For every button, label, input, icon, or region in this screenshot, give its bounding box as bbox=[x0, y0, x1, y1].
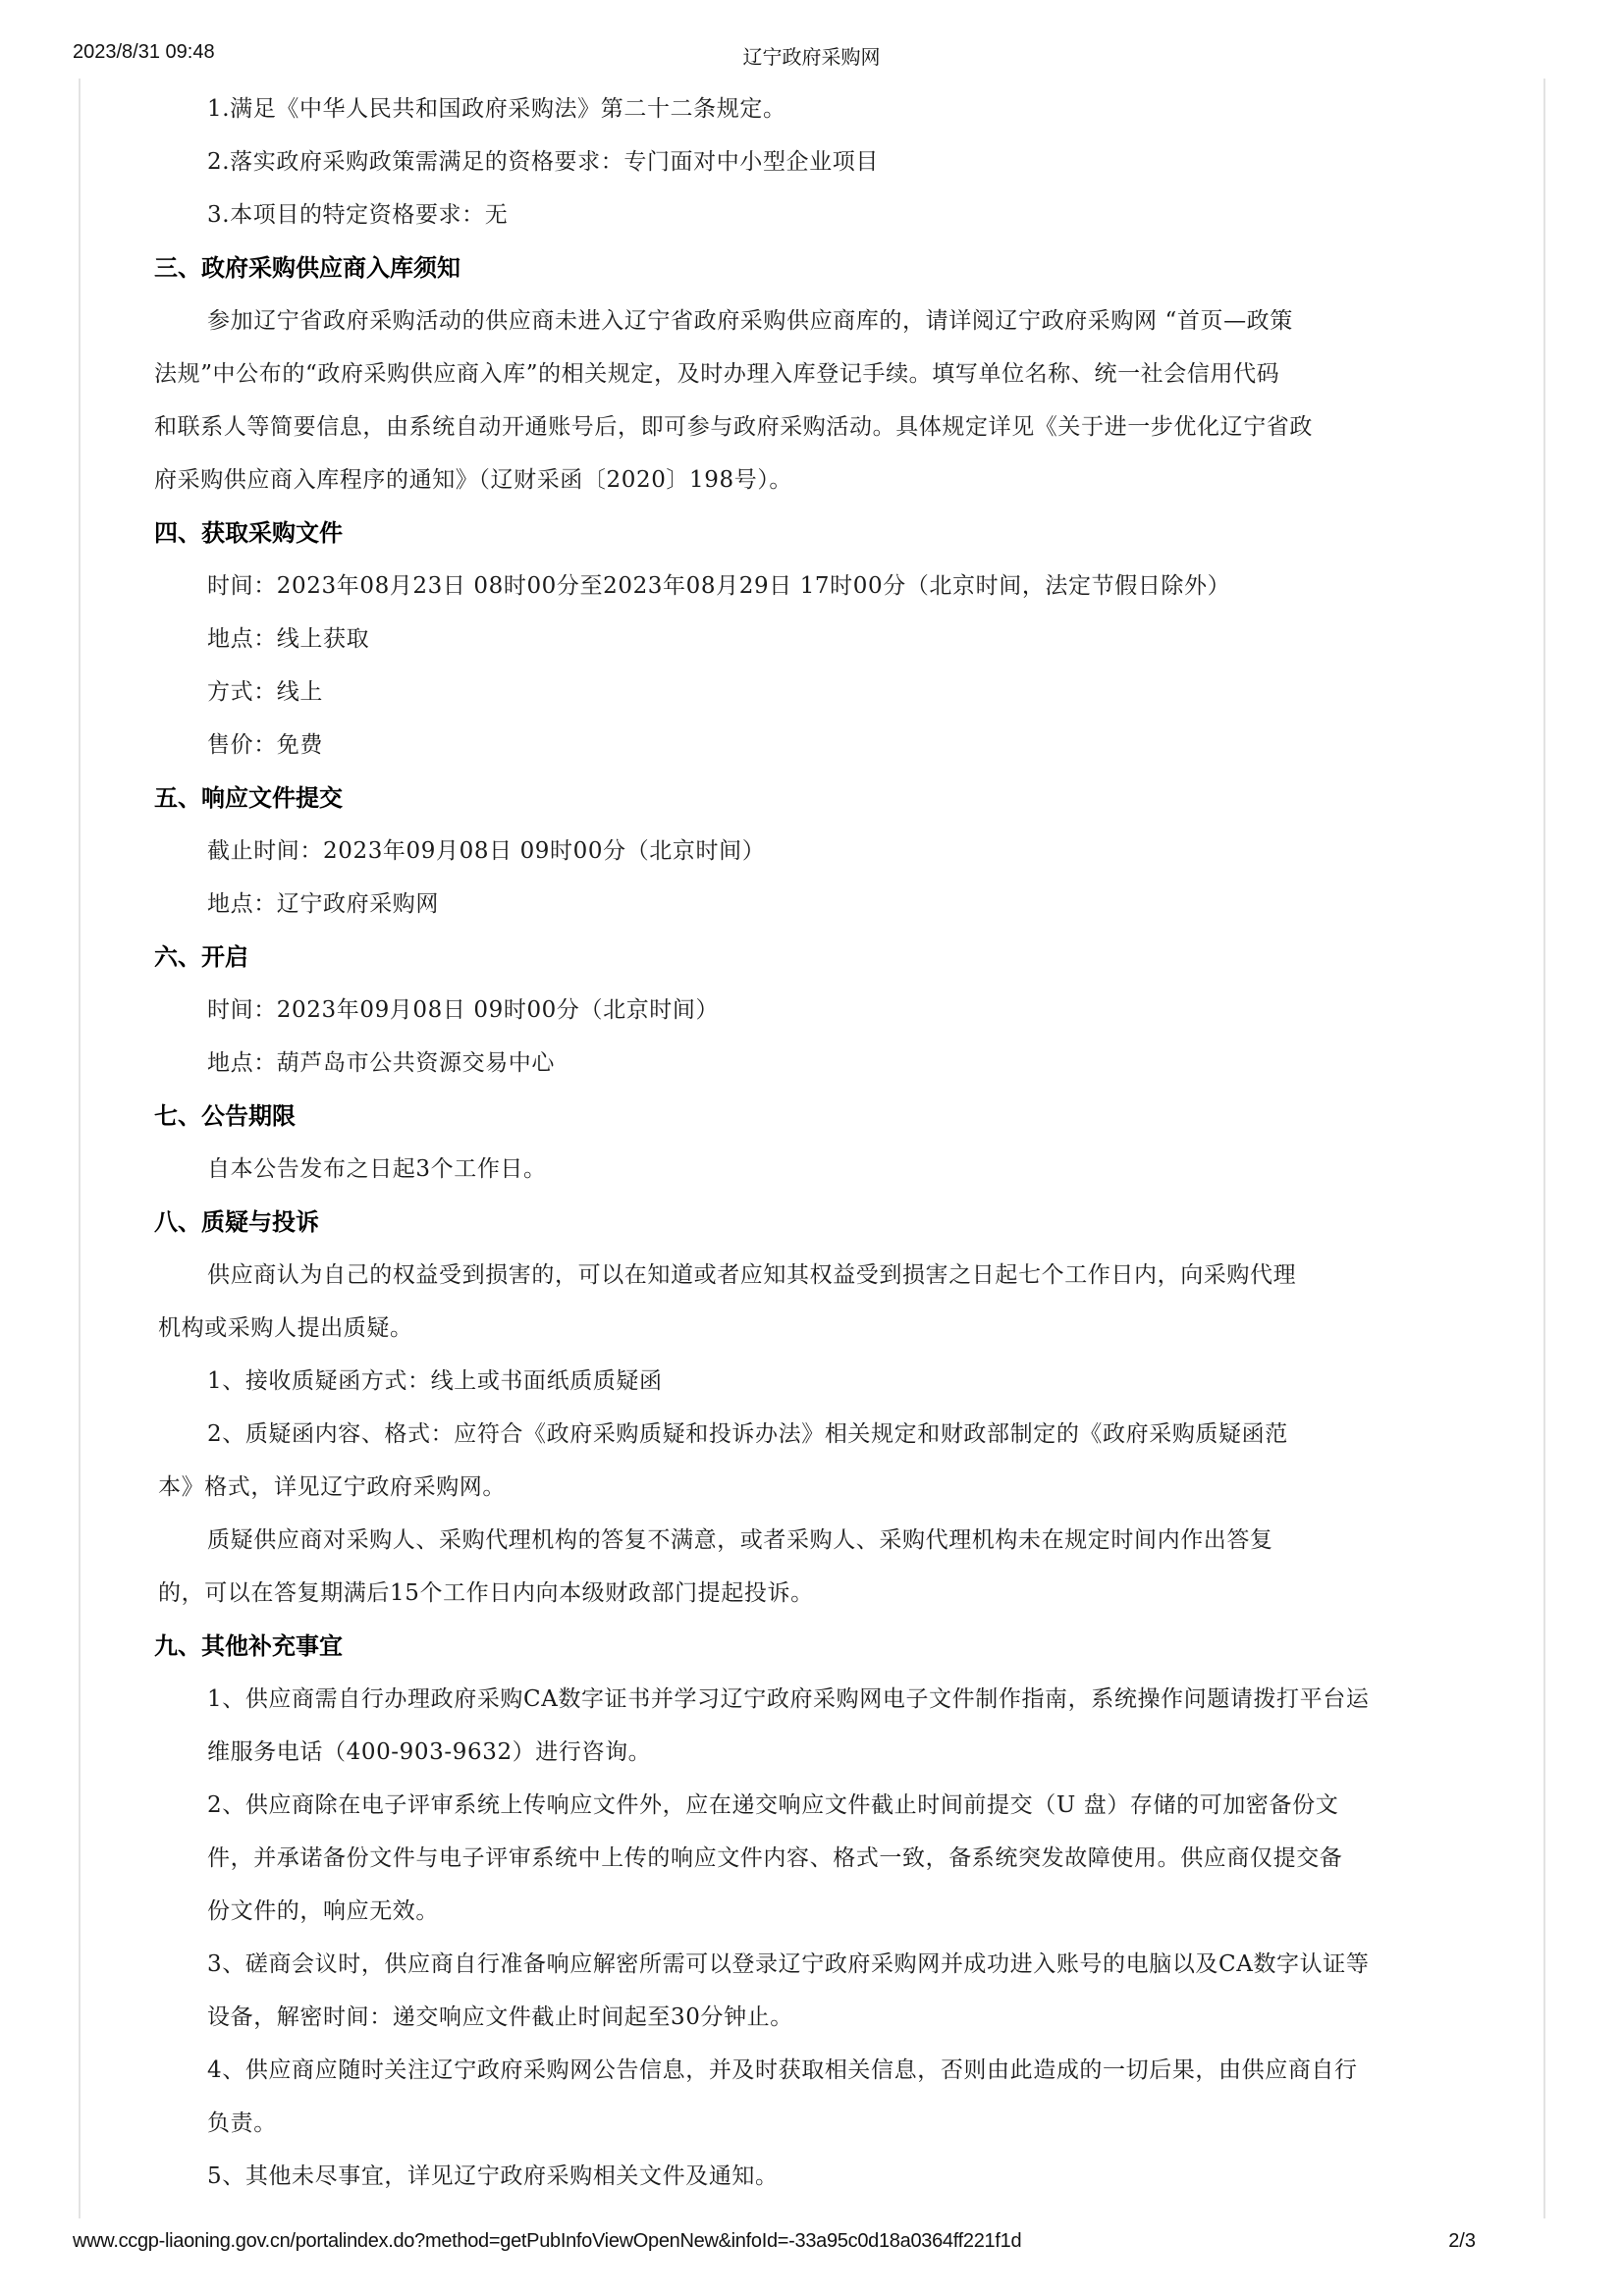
section-heading-5: 五、响应文件提交 bbox=[154, 772, 1509, 825]
section-heading-3: 三、政府采购供应商入库须知 bbox=[154, 241, 1509, 294]
paragraph-line: 3、磋商会议时，供应商自行准备响应解密所需可以登录辽宁政府采购网并成功进入账号的… bbox=[154, 1938, 1509, 1991]
paragraph-line: 2、供应商除在电子评审系统上传响应文件外，应在递交响应文件截止时间前提交（U 盘… bbox=[154, 1779, 1509, 1832]
print-header: 2023/8/31 09:48 辽宁政府采购网 bbox=[0, 41, 1623, 69]
paragraph-line: 供应商认为自己的权益受到损害的，可以在知道或者应知其权益受到损害之日起七个工作日… bbox=[154, 1249, 1509, 1302]
paragraph-line: 本》格式，详见辽宁政府采购网。 bbox=[154, 1461, 1509, 1514]
paragraph-line: 4、供应商应随时关注辽宁政府采购网公告信息，并及时获取相关信息，否则由此造成的一… bbox=[154, 2044, 1509, 2097]
acquire-time: 时间：2023年08月23日 08时00分至2023年08月29日 17时00分… bbox=[154, 560, 1509, 613]
acquire-price: 售价：免费 bbox=[154, 719, 1509, 772]
acquire-method: 方式：线上 bbox=[154, 666, 1509, 719]
page-url: www.ccgp-liaoning.gov.cn/portalindex.do?… bbox=[73, 2230, 1021, 2253]
section-heading-9: 九、其他补充事宜 bbox=[154, 1620, 1509, 1673]
section-heading-8: 八、质疑与投诉 bbox=[154, 1196, 1509, 1249]
paragraph-line: 的，可以在答复期满后15个工作日内向本级财政部门提起投诉。 bbox=[154, 1567, 1509, 1620]
qualification-item-1: 1.满足《中华人民共和国政府采购法》第二十二条规定。 bbox=[154, 82, 1509, 135]
paragraph-line: 法规”中公布的“政府采购供应商入库”的相关规定，及时办理入库登记手续。填写单位名… bbox=[154, 347, 1509, 400]
site-title: 辽宁政府采购网 bbox=[0, 41, 1623, 70]
notice-period: 自本公告发布之日起3个工作日。 bbox=[154, 1143, 1509, 1196]
section-heading-7: 七、公告期限 bbox=[154, 1090, 1509, 1143]
paragraph-line: 和联系人等简要信息，由系统自动开通账号后，即可参与政府采购活动。具体规定详见《关… bbox=[154, 400, 1509, 454]
paragraph-line: 负责。 bbox=[154, 2097, 1509, 2150]
submission-deadline: 截止时间：2023年09月08日 09时00分（北京时间） bbox=[154, 825, 1509, 878]
paragraph-line: 2、质疑函内容、格式：应符合《政府采购质疑和投诉办法》相关规定和财政部制定的《政… bbox=[154, 1408, 1509, 1461]
paragraph-line: 府采购供应商入库程序的通知》（辽财采函〔2020〕198号）。 bbox=[154, 454, 1509, 507]
document-body: 1.满足《中华人民共和国政府采购法》第二十二条规定。 2.落实政府采购政策需满足… bbox=[154, 82, 1509, 2203]
opening-time: 时间：2023年09月08日 09时00分（北京时间） bbox=[154, 984, 1509, 1037]
paragraph-line: 1、接收质疑函方式：线上或书面纸质质疑函 bbox=[154, 1355, 1509, 1408]
paragraph-line: 维服务电话（400-903-9632）进行咨询。 bbox=[154, 1726, 1509, 1779]
qualification-item-3: 3.本项目的特定资格要求：无 bbox=[154, 188, 1509, 241]
paragraph-line: 机构或采购人提出质疑。 bbox=[154, 1302, 1509, 1355]
paragraph-line: 1、供应商需自行办理政府采购CA数字证书并学习辽宁政府采购网电子文件制作指南，系… bbox=[154, 1673, 1509, 1726]
submission-place: 地点：辽宁政府采购网 bbox=[154, 878, 1509, 931]
paragraph-line: 5、其他未尽事宜，详见辽宁政府采购相关文件及通知。 bbox=[154, 2150, 1509, 2203]
paragraph-line: 件，并承诺备份文件与电子评审系统中上传的响应文件内容、格式一致，备系统突发故障使… bbox=[154, 1832, 1509, 1885]
print-footer: www.ccgp-liaoning.gov.cn/portalindex.do?… bbox=[0, 2230, 1623, 2258]
paragraph-line: 份文件的，响应无效。 bbox=[154, 1885, 1509, 1938]
page-indicator: 2/3 bbox=[1448, 2230, 1476, 2253]
paragraph-line: 质疑供应商对采购人、采购代理机构的答复不满意，或者采购人、采购代理机构未在规定时… bbox=[154, 1514, 1509, 1567]
section-heading-4: 四、获取采购文件 bbox=[154, 507, 1509, 560]
acquire-place: 地点：线上获取 bbox=[154, 613, 1509, 666]
paragraph-line: 参加辽宁省政府采购活动的供应商未进入辽宁省政府采购供应商库的，请详阅辽宁政府采购… bbox=[154, 294, 1509, 347]
paragraph-line: 设备，解密时间：递交响应文件截止时间起至30分钟止。 bbox=[154, 1991, 1509, 2044]
qualification-item-2: 2.落实政府采购政策需满足的资格要求：专门面对中小型企业项目 bbox=[154, 135, 1509, 188]
opening-place: 地点：葫芦岛市公共资源交易中心 bbox=[154, 1037, 1509, 1090]
section-heading-6: 六、开启 bbox=[154, 931, 1509, 984]
